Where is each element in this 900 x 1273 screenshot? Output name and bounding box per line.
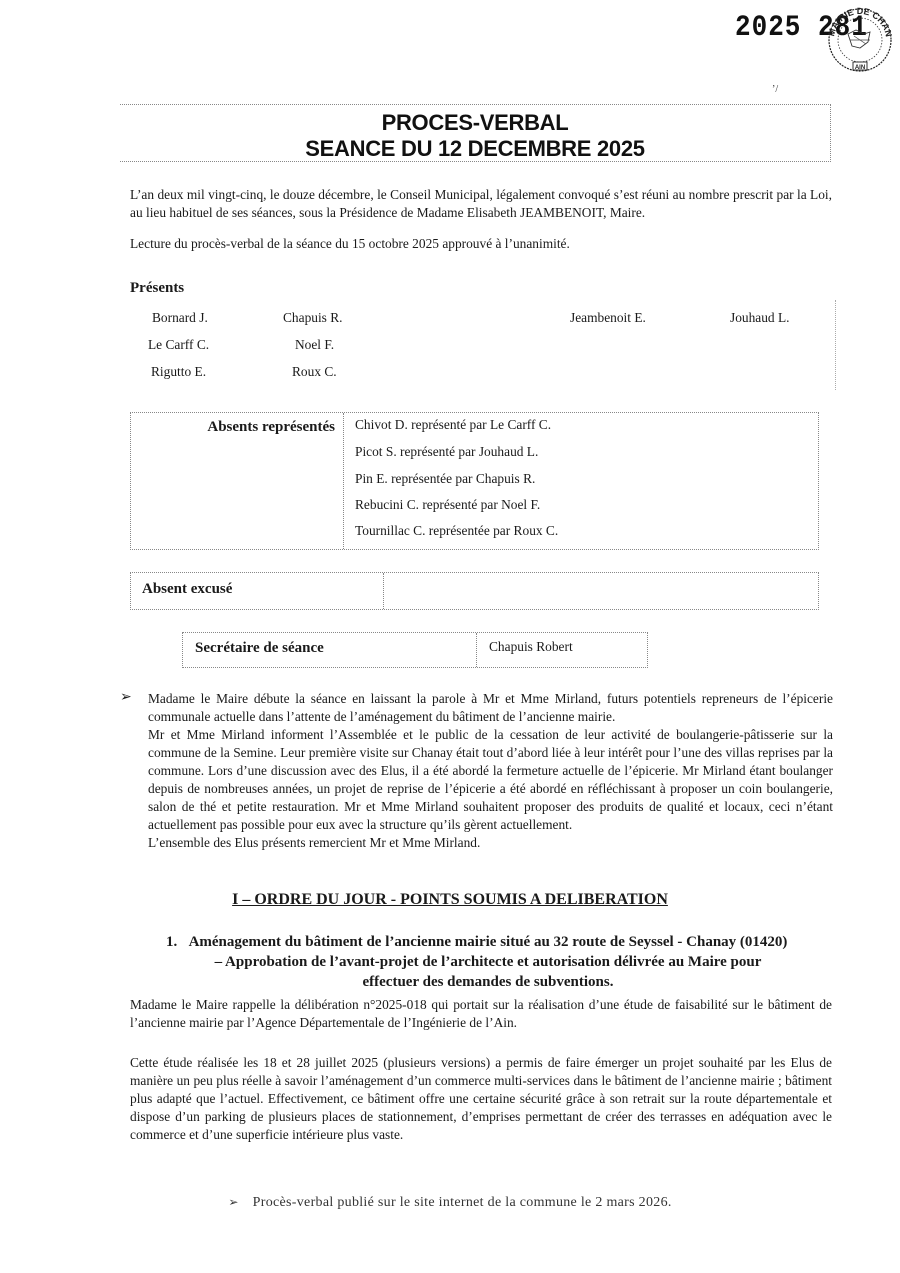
absent-represente-item: Pin E. représentée par Chapuis R. [355, 471, 535, 487]
discussion-block: Madame le Maire débute la séance en lais… [148, 690, 833, 852]
mairie-stamp: MAIRIE DE CHANAY AIN [826, 4, 894, 76]
presents-grid: Bornard J. Chapuis R. Jeambenoit E. Jouh… [130, 300, 836, 390]
absents-representes-table: Absents représentés Chivot D. représenté… [130, 412, 819, 550]
absent-excuse-table: Absent excusé [130, 572, 819, 610]
agenda-item-paragraph: Cette étude réalisée les 18 et 28 juille… [130, 1054, 832, 1144]
arrow-bullet-icon: ➢ [228, 1195, 238, 1209]
absents-representes-label: Absents représentés [207, 419, 335, 436]
present-name: Bornard J. [152, 310, 208, 326]
stamp-text: MAIRIE DE CHANAY [826, 4, 894, 38]
stamp-bottom-text: AIN [855, 65, 865, 71]
discussion-paragraph: L’ensemble des Elus présents remercient … [148, 834, 833, 852]
absent-represente-item: Rebucini C. représenté par Noel F. [355, 497, 540, 513]
svg-text:MAIRIE DE CHANAY: MAIRIE DE CHANAY [826, 4, 894, 38]
publication-note: ➢Procès-verbal publié sur le site intern… [0, 1195, 900, 1211]
discussion-paragraph: Mr et Mme Mirland informent l’Assemblée … [148, 726, 833, 834]
lecture-paragraph: Lecture du procès-verbal de la séance du… [130, 235, 832, 253]
absent-represente-item: Chivot D. représenté par Le Carff C. [355, 417, 551, 433]
absent-represente-item: Picot S. représenté par Jouhaud L. [355, 444, 538, 460]
agenda-item-number: 1. [166, 932, 177, 952]
present-name: Jouhaud L. [730, 310, 790, 326]
title-box: PROCES-VERBAL SEANCE DU 12 DECEMBRE 2025 [120, 104, 831, 162]
present-name: Noel F. [295, 337, 334, 353]
presents-heading: Présents [130, 280, 184, 297]
intro-paragraph: L’an deux mil vingt-cinq, le douze décem… [130, 186, 832, 222]
stamp-seal-icon: MAIRIE DE CHANAY AIN [826, 4, 894, 76]
section-heading: I – ORDRE DU JOUR - POINTS SOUMIS A DELI… [0, 891, 900, 909]
secretaire-value: Chapuis Robert [489, 639, 573, 655]
arrow-bullet-icon: ➢ [120, 689, 132, 706]
present-name: Jeambenoit E. [570, 310, 646, 326]
absent-excuse-label: Absent excusé [142, 581, 232, 598]
agenda-item-title: Aménagement du bâtiment de l’ancienne ma… [160, 932, 790, 992]
margin-mark: ʼ/ [772, 84, 778, 95]
discussion-paragraph: Madame le Maire débute la séance en lais… [148, 690, 833, 726]
present-name: Chapuis R. [283, 310, 343, 326]
secretaire-table: Secrétaire de séance Chapuis Robert [182, 632, 648, 668]
session-title: SEANCE DU 12 DECEMBRE 2025 [120, 136, 830, 162]
agenda-item-heading: 1. Aménagement du bâtiment de l’ancienne… [160, 932, 790, 992]
document-title: PROCES-VERBAL [120, 110, 830, 136]
present-name: Roux C. [292, 364, 337, 380]
present-name: Le Carff C. [148, 337, 209, 353]
agenda-item-paragraph: Madame le Maire rappelle la délibération… [130, 996, 832, 1032]
present-name: Rigutto E. [151, 364, 206, 380]
publication-note-text: Procès-verbal publié sur le site interne… [253, 1195, 672, 1210]
secretaire-label: Secrétaire de séance [195, 640, 324, 657]
absent-represente-item: Tournillac C. représentée par Roux C. [355, 523, 558, 539]
